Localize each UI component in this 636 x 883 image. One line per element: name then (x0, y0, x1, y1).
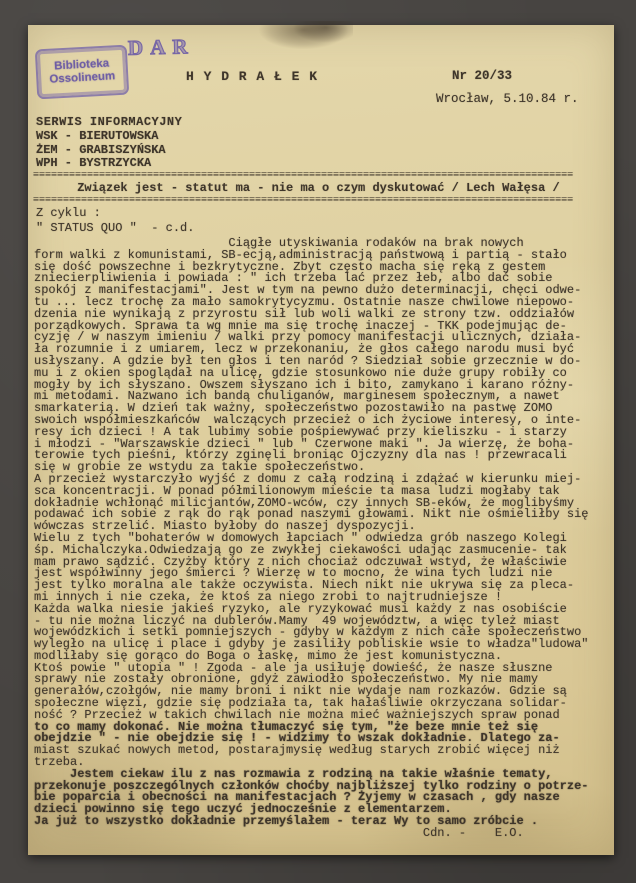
service-label: SERWIS INFORMACYJNY (36, 115, 182, 129)
separator-line-bottom: ========================================… (33, 197, 611, 205)
factory-list: WSK - BIERUTOWSKA ŻEM - GRABISZYŃSKA WPH… (36, 130, 166, 171)
ink-smudge (293, 21, 353, 43)
issue-number: Nr 20/33 (452, 69, 512, 83)
bulletin-title: H Y D R A Ł E K (186, 69, 318, 84)
series-label: Z cyklu : (36, 206, 101, 220)
scan-page: { "colors": { "backdrop": "#474441", "pa… (0, 0, 636, 883)
walesa-quote: Związek jest - statut ma - nie ma o czym… (34, 181, 560, 195)
separator-line-top: ========================================… (33, 172, 611, 180)
article-body: Ciągłe utyskiwania rodaków na brak nowyc… (34, 238, 613, 840)
dar-stamp: DAR (128, 34, 195, 61)
library-stamp-line2: Ossolineum (49, 70, 115, 86)
text-line: Cdn. - E.O. (34, 828, 613, 840)
library-stamp: Biblioteka Ossolineum (35, 45, 129, 100)
series-title: " STATUS QUO " - c.d. (36, 221, 194, 235)
text-line: miast szukać nowych metod, postarajmysię… (34, 745, 613, 757)
place-and-date: Wrocław, 5.10.84 r. (436, 92, 579, 106)
document-paper: Biblioteka Ossolineum DAR H Y D R A Ł E … (28, 25, 614, 855)
